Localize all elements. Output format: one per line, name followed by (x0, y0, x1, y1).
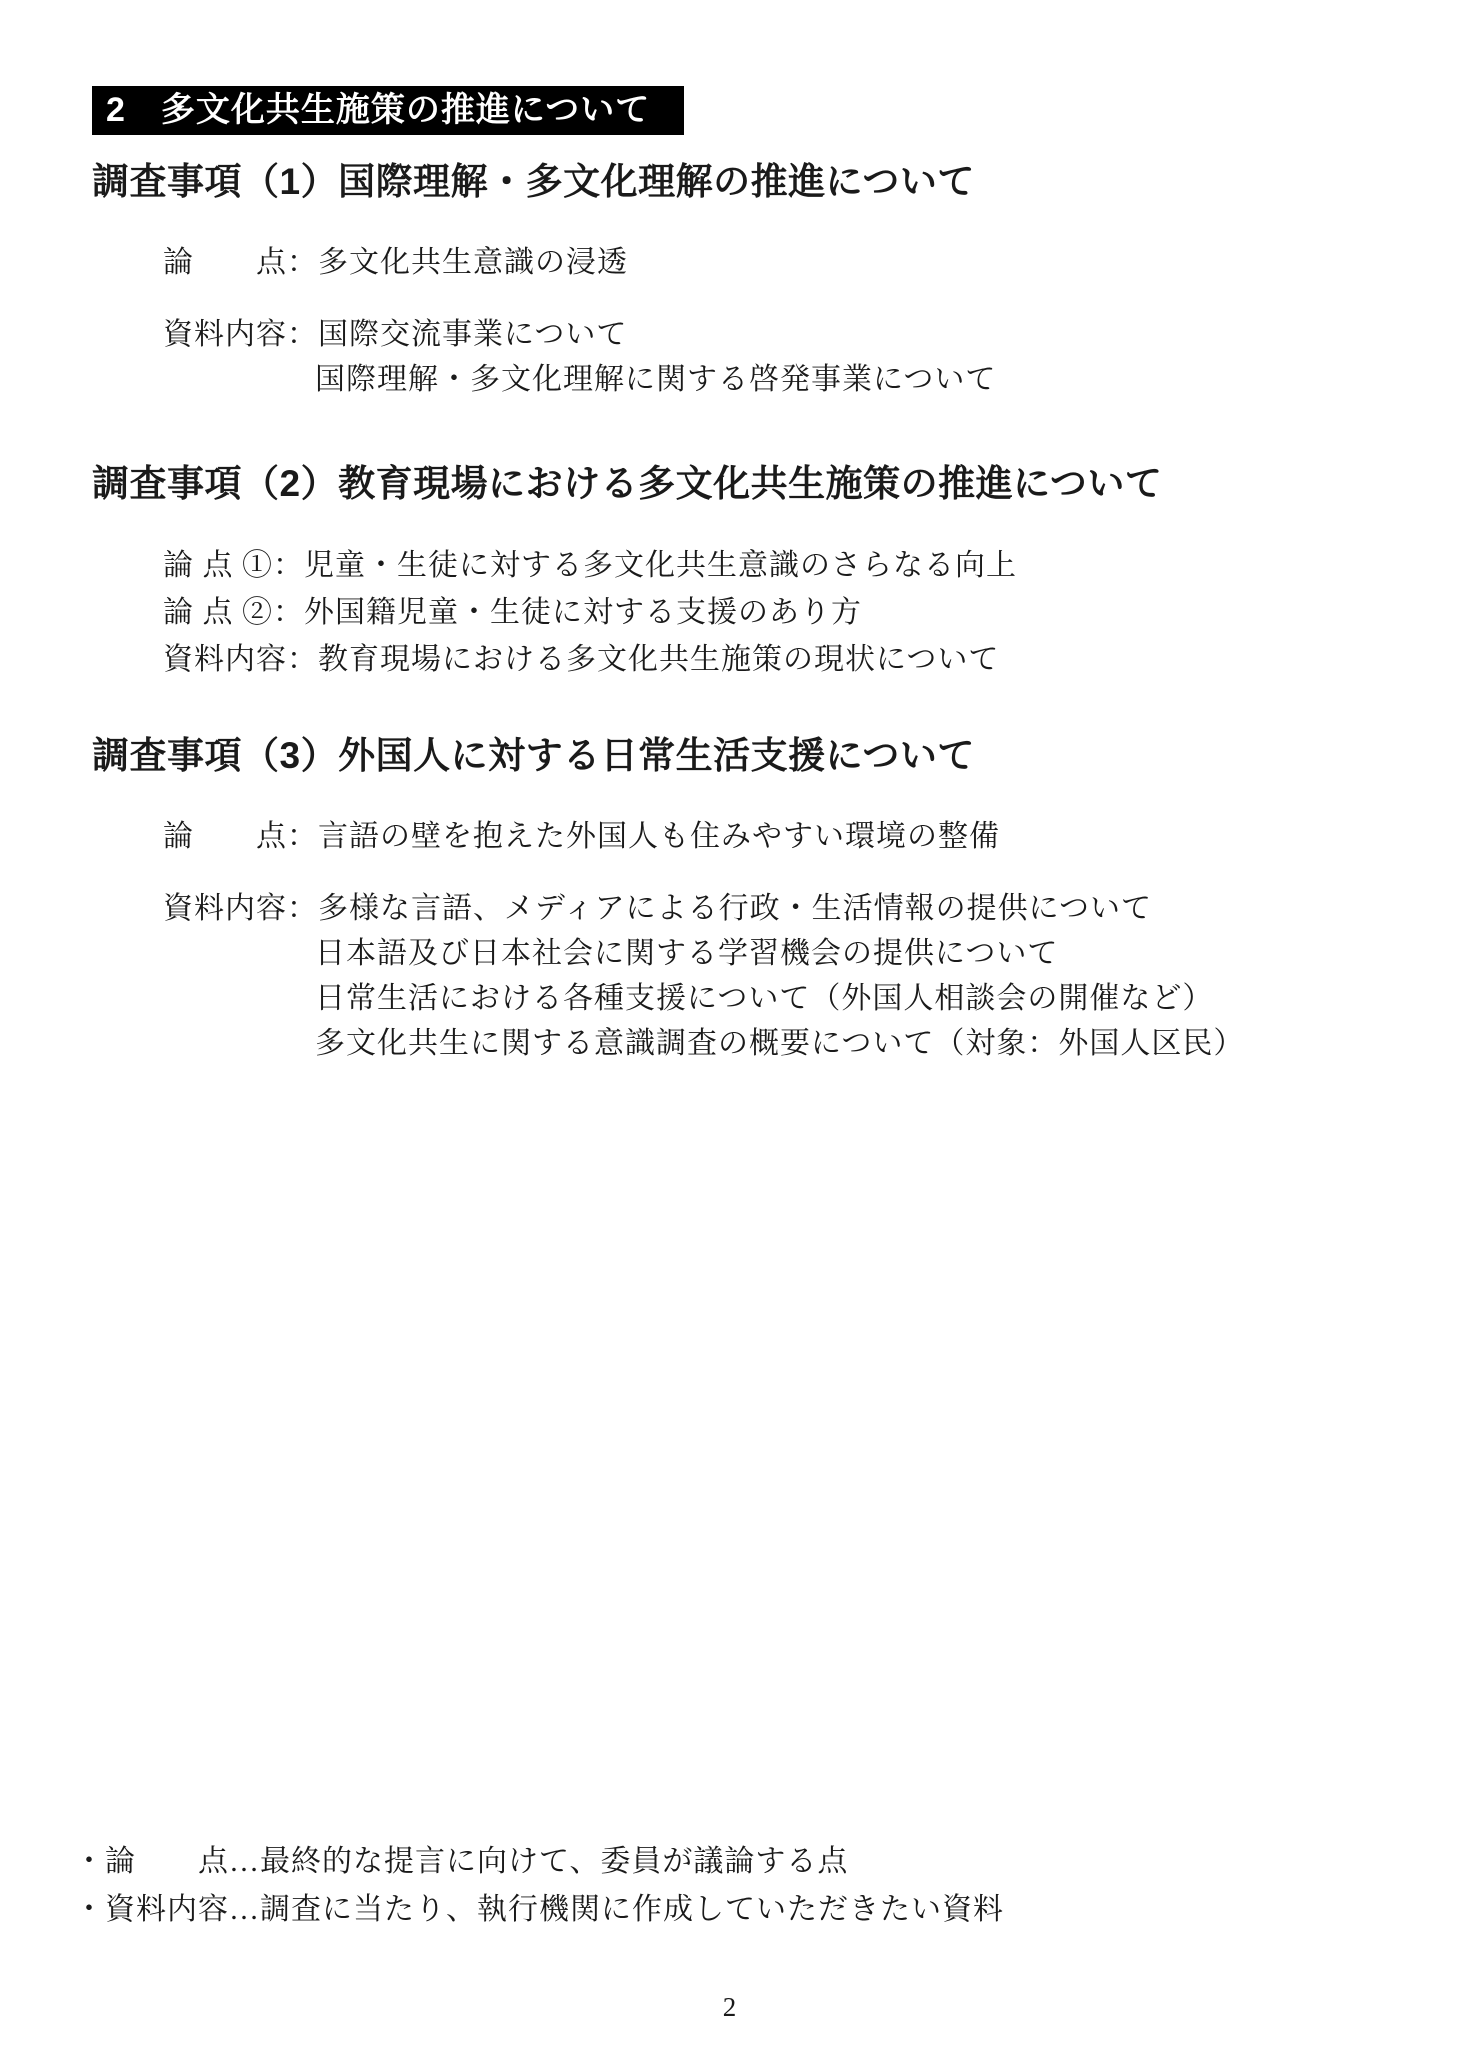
row-text: 多様な言語、メディアによる行政・生活情報の提供について (318, 886, 1152, 931)
section-1-rows: 論 点： 多文化共生意識の浸透 資料内容： 国際交流事業について 国際理解・多文… (163, 240, 996, 402)
section-2: 調査事項（2）教育現場における多文化共生施策の推進について 論 点 ①： 児童・… (92, 462, 1162, 683)
footnote-shiryo: ・資料内容…調査に当たり、執行機関に作成していただきたい資料 (74, 1886, 1004, 1934)
section-1: 調査事項（1）国際理解・多文化理解の推進について 論 点： 多文化共生意識の浸透… (92, 160, 996, 402)
section-3-heading: 調査事項（3）外国人に対する日常生活支援について (92, 734, 1244, 778)
footnotes: ・論 点…最終的な提言に向けて、委員が議論する点 ・資料内容…調査に当たり、執行… (74, 1838, 1004, 1934)
row-text-continuation: 多文化共生に関する意識調査の概要について（対象：外国人区民） (315, 1021, 1244, 1066)
document-page: 2 多文化共生施策の推進について 調査事項（1）国際理解・多文化理解の推進につい… (0, 0, 1459, 2048)
section-2-rows: 論 点 ①： 児童・生徒に対する多文化共生意識のさらなる向上 論 点 ②： 外国… (163, 542, 1162, 683)
row-label: 論 点： (163, 814, 318, 859)
row-text-continuation: 日本語及び日本社会に関する学習機会の提供について (315, 931, 1244, 976)
detail-row: 資料内容： 教育現場における多文化共生施策の現状について (163, 636, 1162, 683)
row-label: 論 点： (163, 240, 318, 285)
row-text-continuation: 日常生活における各種支援について（外国人相談会の開催など） (315, 976, 1244, 1021)
row-label: 論 点 ②： (163, 589, 304, 636)
detail-row: 論 点： 言語の壁を抱えた外国人も住みやすい環境の整備 (163, 814, 1244, 859)
footnote-ronten: ・論 点…最終的な提言に向けて、委員が議論する点 (74, 1838, 1004, 1886)
detail-row: 資料内容： 国際交流事業について (163, 312, 996, 357)
section-2-heading: 調査事項（2）教育現場における多文化共生施策の推進について (92, 462, 1162, 506)
detail-row: 論 点 ①： 児童・生徒に対する多文化共生意識のさらなる向上 (163, 542, 1162, 589)
row-text: 児童・生徒に対する多文化共生意識のさらなる向上 (304, 542, 1017, 589)
detail-row: 論 点： 多文化共生意識の浸透 (163, 240, 996, 285)
section-1-heading: 調査事項（1）国際理解・多文化理解の推進について (92, 160, 996, 204)
row-text: 言語の壁を抱えた外国人も住みやすい環境の整備 (318, 814, 1000, 859)
row-label: 資料内容： (163, 636, 318, 683)
section-3: 調査事項（3）外国人に対する日常生活支援について 論 点： 言語の壁を抱えた外国… (92, 734, 1244, 1066)
detail-row: 資料内容： 多様な言語、メディアによる行政・生活情報の提供について (163, 886, 1244, 931)
row-text: 外国籍児童・生徒に対する支援のあり方 (304, 589, 862, 636)
row-text-continuation: 国際理解・多文化理解に関する啓発事業について (315, 357, 996, 402)
row-text: 教育現場における多文化共生施策の現状について (318, 636, 999, 683)
row-label: 論 点 ①： (163, 542, 304, 589)
document-title-bar: 2 多文化共生施策の推進について (92, 86, 684, 135)
detail-row: 論 点 ②： 外国籍児童・生徒に対する支援のあり方 (163, 589, 1162, 636)
page-number: 2 (0, 1992, 1459, 2023)
row-label: 資料内容： (163, 312, 318, 357)
section-3-rows: 論 点： 言語の壁を抱えた外国人も住みやすい環境の整備 資料内容： 多様な言語、… (163, 814, 1244, 1066)
row-text: 多文化共生意識の浸透 (318, 240, 628, 285)
row-label: 資料内容： (163, 886, 318, 931)
row-text: 国際交流事業について (318, 312, 627, 357)
